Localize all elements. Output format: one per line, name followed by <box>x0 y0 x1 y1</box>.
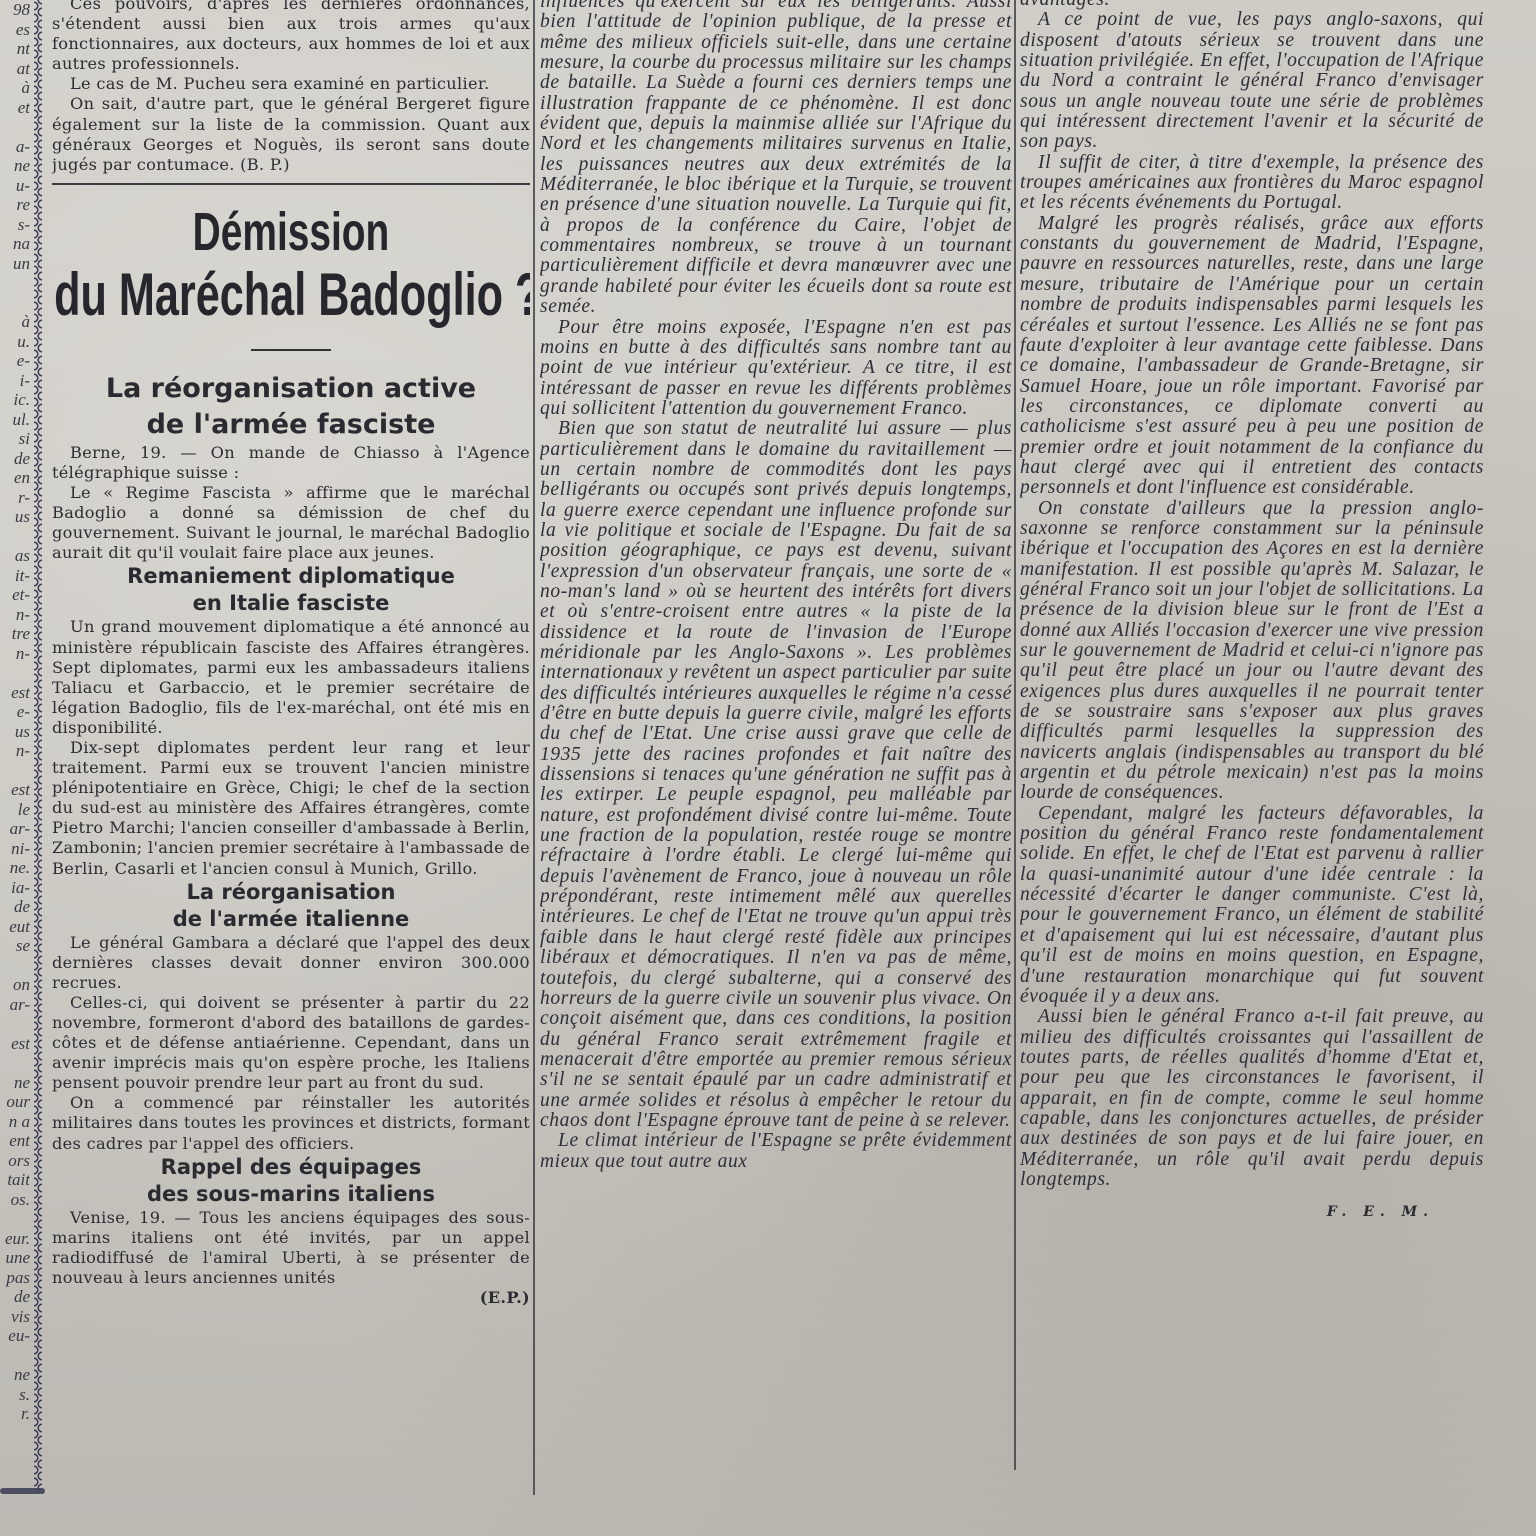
margin-fragment <box>0 1053 30 1073</box>
column-2: influences qu'exercent sur eux les belli… <box>540 0 1012 1172</box>
margin-fragment: et- <box>0 585 30 605</box>
margin-fragment: na <box>0 234 30 254</box>
paragraph: On constate d'ailleurs que la pression a… <box>1020 499 1484 804</box>
wavy-column-border <box>34 0 42 1490</box>
margin-fragment: à <box>0 78 30 98</box>
margin-fragment: ic. <box>0 390 30 410</box>
margin-fragment: e- <box>0 702 30 722</box>
margin-fragment: i- <box>0 371 30 391</box>
article-sections: La réorganisation activede l'armée fasci… <box>52 371 530 1308</box>
margin-fragment <box>0 1014 30 1034</box>
section-heading: de l'armée fasciste <box>52 407 530 443</box>
margin-fragment: le <box>0 800 30 820</box>
column-3-body: avantages.A ce point de vue, les pays an… <box>1020 0 1484 1190</box>
margin-fragment: est <box>0 683 30 703</box>
paragraph: Celles-ci, qui doivent se présenter à pa… <box>52 993 530 1093</box>
margin-fragment <box>0 761 30 781</box>
column-rule-2 <box>1014 0 1016 1470</box>
margin-fragment: eur. <box>0 1229 30 1249</box>
paragraph: Ces pouvoirs, d'après les dernières ordo… <box>52 0 530 74</box>
margin-fragment: se <box>0 936 30 956</box>
news-section: La réorganisation activede l'armée fasci… <box>52 371 530 564</box>
headline-line-2: du Maréchal Badoglio ? <box>54 263 528 327</box>
paragraph: Il suffit de citer, à titre d'exemple, l… <box>1020 153 1484 214</box>
margin-fragment: ar- <box>0 995 30 1015</box>
section-heading: La réorganisation active <box>52 371 530 407</box>
margin-fragment: our <box>0 1092 30 1112</box>
margin-fragment: à <box>0 312 30 332</box>
margin-fragment: tait <box>0 1170 30 1190</box>
margin-fragment: ul. <box>0 410 30 430</box>
margin-fragment: pas <box>0 1268 30 1288</box>
margin-fragment: ne <box>0 1365 30 1385</box>
margin-fragment: une <box>0 1248 30 1268</box>
margin-fragment: et <box>0 98 30 118</box>
margin-fragment: it- <box>0 566 30 586</box>
section-heading: Remaniement diplomatique <box>52 563 530 590</box>
margin-fragment: re <box>0 195 30 215</box>
margin-fragment: eut <box>0 917 30 937</box>
margin-fragment: vis <box>0 1307 30 1327</box>
margin-fragment: de <box>0 897 30 917</box>
paragraph: Malgré les progrès réalisés, grâce aux e… <box>1020 214 1484 499</box>
margin-fragment: ne. <box>0 858 30 878</box>
paragraph: Pour être moins exposée, l'Espagne n'en … <box>540 318 1012 420</box>
margin-fragment: ni- <box>0 839 30 859</box>
margin-fragment: u. <box>0 332 30 352</box>
news-section: Remaniement diplomatiqueen Italie fascis… <box>52 563 530 878</box>
margin-fragment: tre <box>0 624 30 644</box>
margin-fragment: r. <box>0 1404 30 1424</box>
margin-fragment <box>0 663 30 683</box>
paragraph: Aussi bien le général Franco a-t-il fait… <box>1020 1007 1484 1190</box>
margin-fragment: s. <box>0 1385 30 1405</box>
margin-fragment: r- <box>0 488 30 508</box>
margin-fragment <box>0 273 30 293</box>
margin-fragment: s- <box>0 215 30 235</box>
margin-fragment: es <box>0 20 30 40</box>
news-section: La réorganisationde l'armée italienneLe … <box>52 879 530 1154</box>
paragraph: influences qu'exercent sur eux les belli… <box>540 0 1012 318</box>
author-signature: F. E. M. <box>1020 1204 1484 1220</box>
margin-fragment: ent <box>0 1131 30 1151</box>
section-heading: La réorganisation <box>52 879 530 906</box>
margin-fragment: at <box>0 59 30 79</box>
margin-fragment: on <box>0 975 30 995</box>
paragraph: Le « Regime Fascista » affirme que le ma… <box>52 483 530 563</box>
margin-fragment: eu- <box>0 1326 30 1346</box>
margin-fragment: est <box>0 1034 30 1054</box>
margin-fragment: us <box>0 507 30 527</box>
paragraph: On sait, d'autre part, que le général Be… <box>52 94 530 174</box>
headline-rule <box>251 349 331 351</box>
section-heading: Rappel des équipages <box>52 1154 530 1181</box>
margin-fragment: si <box>0 429 30 449</box>
margin-fragment: en <box>0 468 30 488</box>
margin-fragment: est <box>0 780 30 800</box>
margin-fragment: n- <box>0 605 30 625</box>
paragraph: Bien que son statut de neutralité lui as… <box>540 419 1012 1131</box>
paragraph: Dix-sept diplomates perdent leur rang et… <box>52 738 530 879</box>
paragraph: A ce point de vue, les pays anglo-saxons… <box>1020 10 1484 152</box>
margin-fragment <box>0 956 30 976</box>
newspaper-page: 98esntatàeta-neu-res-naunàu.e-i-ic.ul.si… <box>0 0 1536 1536</box>
margin-fragment: os. <box>0 1190 30 1210</box>
margin-fragment: ar- <box>0 819 30 839</box>
headline-line-1: Démission <box>119 201 463 263</box>
margin-fragment: ia- <box>0 878 30 898</box>
paragraph: Le général Gambara a déclaré que l'appel… <box>52 933 530 993</box>
margin-fragment: n a <box>0 1112 30 1132</box>
margin-fragment <box>0 293 30 313</box>
paragraph: Le climat intérieur de l'Espagne se prêt… <box>540 1131 1012 1172</box>
margin-fragment <box>0 117 30 137</box>
margin-fragment: de <box>0 1287 30 1307</box>
margin-fragment: nt <box>0 39 30 59</box>
previous-article-ending: Ces pouvoirs, d'après les dernières ordo… <box>52 0 530 175</box>
article-separator-rule <box>52 183 530 185</box>
paragraph: Le cas de M. Pucheu sera examiné en part… <box>52 74 530 94</box>
section-heading: des sous-marins italiens <box>52 1181 530 1208</box>
paragraph: Venise, 19. — Tous les anciens équipages… <box>52 1208 530 1288</box>
paragraph: Un grand mouvement diplomatique a été an… <box>52 617 530 738</box>
margin-fragment <box>0 527 30 547</box>
column-rule-1 <box>533 0 535 1495</box>
paragraph: Cependant, malgré les facteurs défavorab… <box>1020 804 1484 1007</box>
news-section: Rappel des équipagesdes sous-marins ital… <box>52 1154 530 1308</box>
margin-fragment: us <box>0 722 30 742</box>
margin-fragment: un <box>0 254 30 274</box>
margin-fragment: u- <box>0 176 30 196</box>
margin-fragment: ors <box>0 1151 30 1171</box>
paragraph: On a commencé par réinstaller les autori… <box>52 1093 530 1153</box>
section-heading: en Italie fasciste <box>52 590 530 617</box>
wavy-border-end <box>0 1488 45 1494</box>
column-1: Ces pouvoirs, d'après les dernières ordo… <box>52 0 530 1308</box>
section-heading: de l'armée italienne <box>52 906 530 933</box>
margin-fragment <box>0 1346 30 1366</box>
margin-fragment: e- <box>0 351 30 371</box>
margin-fragment: ne <box>0 156 30 176</box>
margin-fragment: 98 <box>0 0 30 20</box>
margin-fragment: as <box>0 546 30 566</box>
margin-fragment <box>0 1209 30 1229</box>
margin-fragment: ne <box>0 1073 30 1093</box>
paragraph: Berne, 19. — On mande de Chiasso à l'Age… <box>52 443 530 483</box>
margin-fragment: n- <box>0 741 30 761</box>
margin-fragment: a- <box>0 137 30 157</box>
column-3: avantages.A ce point de vue, les pays an… <box>1020 0 1484 1220</box>
adjacent-column-fragments: 98esntatàeta-neu-res-naunàu.e-i-ic.ul.si… <box>0 0 30 1480</box>
margin-fragment: de <box>0 449 30 469</box>
source-credit: (E.P.) <box>52 1288 530 1308</box>
margin-fragment: n- <box>0 644 30 664</box>
